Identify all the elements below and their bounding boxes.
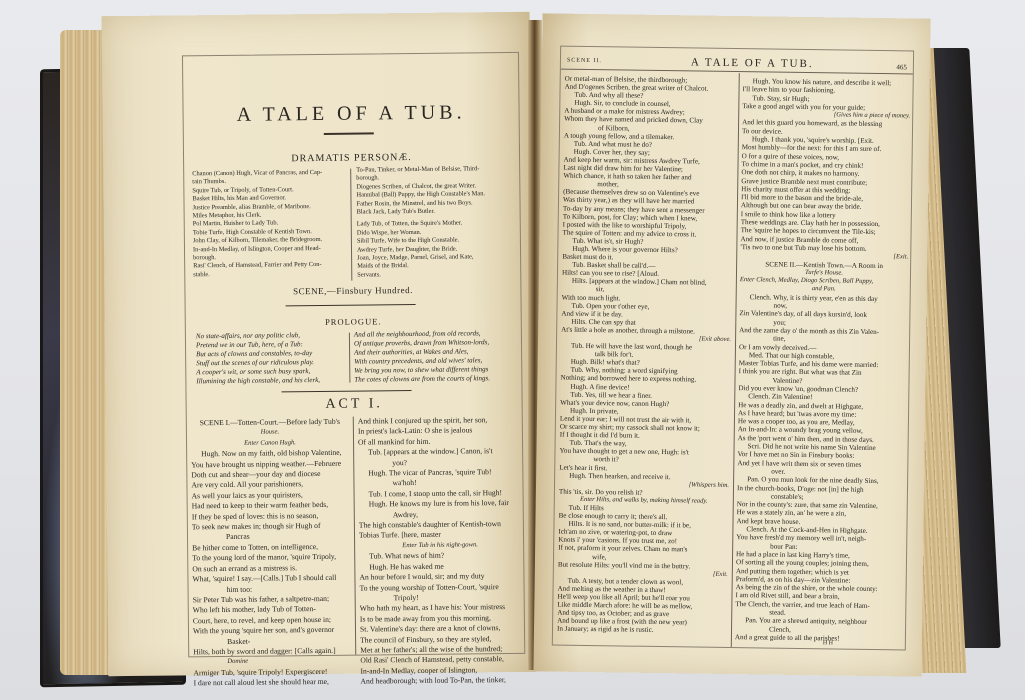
act-heading: ACT I. [187, 395, 522, 415]
text-line: Old Rasi' Clench of Hamstead, petty cons… [360, 654, 522, 666]
dramatis-personae-right: To-Pan, Tinker, or Metal-Man of Belsise,… [356, 165, 486, 280]
text-line: Who hath my heart, as I have his: Your m… [360, 602, 522, 614]
text-line: St. Valentine's day: there are a knot of… [360, 623, 522, 635]
right-page-column-2: Hugh. You know his nature, and describe … [735, 77, 911, 643]
right-text-frame: SCENE II. A TALE OF A TUB. 465 Or metal-… [552, 46, 914, 651]
running-title: A TALE OF A TUB. [691, 56, 814, 70]
play-title: A TALE OF A TUB. [183, 101, 518, 128]
cast-entry: Rasi' Clench, of Hamstead, Farrier and P… [193, 261, 323, 271]
scene-setting: SCENE,—Finsbury Hundred. [185, 284, 520, 298]
title-rule [324, 132, 374, 135]
prologue-right-verse: And all the neighbourhood, from old reco… [354, 329, 490, 384]
left-page-column-1: SCENE I.—Totten-Court.—Before lady Tub's… [191, 417, 352, 689]
cast-entry: stable. [193, 270, 323, 280]
text-line: In January; as rigid as he is rustic. [557, 625, 727, 635]
right-page-column-1: Or metal-man of Belsise, the thirdboroug… [557, 75, 735, 636]
dramatis-personae-left: Chanon (Canon) Hugh, Vicar of Pancras, a… [192, 169, 323, 280]
left-page: A TALE OF A TUB. DRAMATIS PERSONÆ. Chano… [102, 12, 537, 676]
text-line: I dare not call aloud lest she should he… [193, 677, 351, 689]
running-scene: SCENE II. [567, 58, 602, 64]
verse-line: Illumining the high constable, and his c… [196, 376, 320, 386]
text-line: Had need to keep to their warm feather b… [192, 500, 350, 512]
signature-mark: H H [823, 640, 833, 646]
left-page-column-2: And think I conjured up the spirit, her … [358, 415, 523, 687]
header-rule [561, 69, 913, 75]
dp-column-rule [350, 169, 352, 281]
text-line: Hugh. He knows my lure is from his love,… [359, 498, 521, 510]
text-line: Hilts, both by sword and dagger: [Calls … [193, 646, 351, 658]
prologue-left-verse: No state-affairs, nor any politic club, … [196, 331, 320, 386]
cast-entry: In-and-In Medlay, of Islington, Cooper a… [193, 245, 323, 255]
text-line: With the young 'squire her son, and's go… [193, 625, 351, 637]
text-line: What, 'squire! I say.—[Calls.] Tub I sho… [192, 573, 350, 585]
text-line: To the young lord of the manor, 'squire … [192, 552, 350, 564]
section-rule [286, 304, 416, 306]
section-rule [281, 390, 411, 392]
left-text-frame: A TALE OF A TUB. DRAMATIS PERSONÆ. Chano… [182, 52, 525, 657]
cast-entry: Servants. [357, 270, 486, 280]
right-page: SCENE II. A TALE OF A TUB. 465 Or metal-… [533, 13, 930, 676]
prologue-heading: PROLOGUE. [186, 315, 521, 329]
dramatis-personae-heading: DRAMATIS PERSONÆ. [184, 151, 519, 166]
text-line: And a great guide to all the parishes! [735, 633, 903, 644]
verse-line: The cotes of clowns are from the courts … [354, 374, 490, 384]
text-line: And headborough; with loud To-Pan, the t… [360, 675, 522, 687]
page-number: 465 [896, 63, 907, 71]
prologue-column-rule [349, 333, 351, 383]
text-line: To the young worship of Totten-Court, 's… [360, 581, 522, 593]
act-column-rule [353, 417, 356, 655]
